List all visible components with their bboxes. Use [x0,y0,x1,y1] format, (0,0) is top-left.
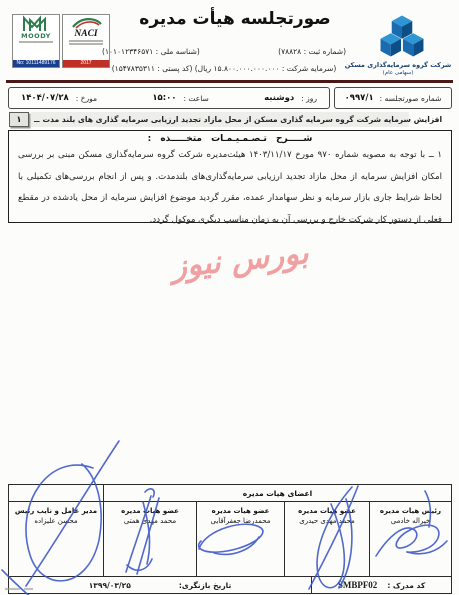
decisions-body: ۱ ــ با توجه به مصوبه شماره ۹۷۰ مورخ ۱۴۰… [9,144,451,231]
doc-code-cell: کد مدرک : SMBPF02 [311,576,452,594]
moody-microtext-bar [19,41,53,43]
board-members-header: اعضای هیات مدیره [103,484,452,502]
meeting-datetime-box: روز : دوشنبه ساعت : ۱۵:۰۰ مورخ : ۱۴۰۴/۰۷… [8,87,330,109]
minutes-number-label: شماره صورتجلسه : [380,94,442,103]
decisions-box: شـــــرح تـصـمـیـمـات متخـــــذه : ۱ ــ … [8,130,452,223]
review-date-cell: تاریخ بازنگری: ۱۳۹۹/۰۳/۲۵ [8,576,312,594]
doc-code-value: SMBPF02 [338,580,378,590]
moody-monogram-icon [21,15,51,33]
national-id: (شناسه ملی : ۱۰۱۰۱۲۳۴۶۵۷۱) [102,47,200,56]
minutes-number-value: ۰۹۹۷/۱ [345,93,374,103]
meeting-day: روز : دوشنبه [264,93,317,103]
review-date-value: ۱۳۹۹/۰۳/۲۵ [89,581,131,590]
signature-cell-md: مدیر عامل و نایب رئیس محسن علیزاده [8,501,104,577]
moody-label: MOODY [21,33,51,40]
signature-cell-member-2: عضو هیات مدیره محمدرضا جعفرآقایی [196,501,285,577]
signature-cell-chairman: رئیس هیات مدیره خیراله خادمی [369,501,452,577]
news-watermark: بورس نیوز [144,232,337,288]
decisions-heading: شـــــرح تـصـمـیـمـات متخـــــذه : [9,134,451,144]
company-name: شرکت گروه سرمایه‌گذاری مسکن [340,61,456,69]
agenda-item-row: ــ افزایش سرمایه شرکت گروه سرمایه گذاری … [31,112,409,127]
capital-postal-line: (سرمایه شرکت : ۱۵.۸۰۰.۰۰۰.۰۰۰.۰۰۰ ریال) … [98,64,350,73]
table-corner-cell [8,484,104,502]
board-minutes-document: MOODY No: 10111489176 NACI 2017 [0,0,459,595]
naci-swoosh-icon [69,15,103,29]
page-title: صورتجلسه هیأت مدیره [115,9,355,29]
certification-logos: MOODY No: 10111489176 NACI 2017 [12,14,110,68]
naci-microtext-bar-1 [69,40,103,42]
signature-cell-member-1: عضو هیات مدیره محمد مهدی همتی [103,501,197,577]
agenda-item-number: ۱ [9,112,29,127]
moody-reg-strip: No: 10111489176 [13,60,59,67]
review-date-label: تاریخ بازنگری: [179,581,231,590]
minutes-number-box: شماره صورتجلسه : ۰۹۹۷/۱ [334,87,452,109]
naci-microtext-bar-2 [69,43,103,45]
meeting-time: ساعت : ۱۵:۰۰ [152,93,208,103]
doc-code-label: کد مدرک : [387,581,425,590]
naci-label: NACI [74,29,97,39]
signature-cell-member-3: عضو هیات مدیره محمد مهدی حیدری [284,501,370,577]
moody-cert-logo: MOODY No: 10111489176 [12,14,60,68]
naci-cert-logo: NACI 2017 [62,14,110,68]
agenda-dash: ــ [31,115,42,124]
registration-number: (شماره ثبت : ۷۸۸۲۸) [278,47,346,56]
agenda-item-text: افزایش سرمایه شرکت گروه سرمایه گذاری مسک… [42,115,442,124]
meeting-date: مورخ : ۱۴۰۴/۰۷/۲۸ [21,93,97,103]
registration-line: (شماره ثبت : ۷۸۸۲۸) (شناسه ملی : ۱۰۱۰۱۲۳… [98,47,350,56]
company-cubes-logo [374,12,430,60]
company-type: (سهامی عام) [340,70,456,76]
header-divider [6,80,453,83]
